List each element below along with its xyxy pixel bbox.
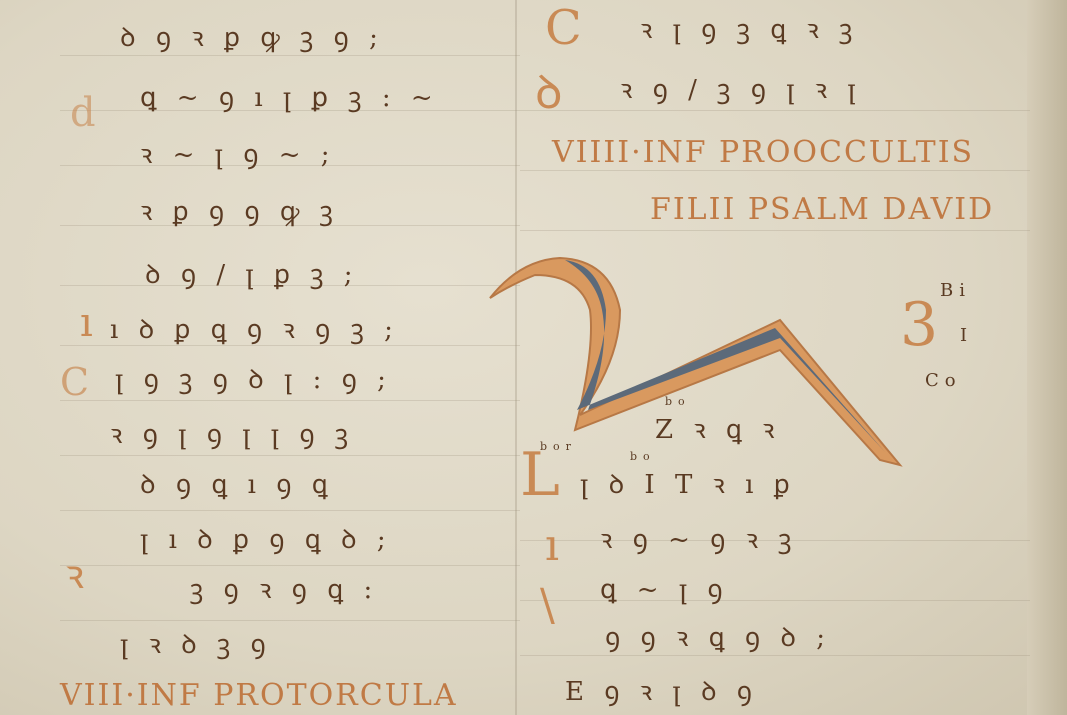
initial-mark: ı	[545, 520, 559, 571]
initial-mark: ꝛ	[65, 545, 84, 600]
initial-mark: C	[545, 0, 582, 56]
initial-mark: C	[60, 360, 89, 404]
neume-line: Z ꝛ ꝗ ꝛ	[655, 410, 781, 446]
manuscript-page: ꝺ ꝯ ꝛ ꝑ ꝙ ꝫ ꝯ ; ꝗ ~ ꝯ ı ꞁ ꝑ ꝫ : ~ ꝛ ~ ꞁ …	[0, 0, 1067, 715]
neume-line: ꝛ ꝯ ~ ꝯ ꝛ ꝫ	[600, 520, 798, 556]
initial-mark: d	[70, 90, 96, 136]
neume-line: ꝛ ꝯ / ꝫ ꝯ ꞁ ꝛ ꞁ	[620, 70, 862, 106]
neume-line: ꝺ ꝯ ꝗ ı ꝯ ꝗ	[140, 465, 334, 501]
small-label: bor	[540, 440, 577, 453]
neume-line: ꝛ ꝑ ꝯ ꝯ ꝙ ꝫ	[140, 192, 339, 228]
neume-line: ꝛ ꝯ ꞁ ꝯ ꞁ ꞁ ꝯ ꝫ	[110, 415, 354, 451]
neume-line: ꝺ ꝯ / ꞁ ꝑ ꝫ ;	[145, 255, 359, 291]
rubric-title: VIIII·INF PROOCCULTIS	[552, 135, 974, 170]
rubric-title: VIII·INF PROTORCULA	[60, 678, 458, 713]
neume-line: ꝫ ꝯ ꝛ ꝯ ꝗ :	[190, 570, 378, 606]
page-edge	[1027, 0, 1067, 715]
neume-line: E ꝯ ꝛ ꞁ ꝺ ꝯ	[565, 672, 758, 708]
neume-line: ꝯ ꝯ ꝛ ꝗ ꝯ ꝺ ;	[605, 618, 831, 654]
neume-line: ꞁ ꝯ ꝫ ꝯ ꝺ ꞁ : ꝯ ;	[115, 360, 392, 396]
neume-line: ꝺ ꝯ ꝛ ꝑ ꝙ ꝫ ꝯ ;	[120, 18, 384, 54]
neume-line: ꝛ ꞁ ꝯ ꝫ ꝗ ꝛ ꝫ	[640, 10, 858, 46]
neume-line: ꞁ ı ꝺ ꝑ ꝯ ꝗ ꝺ ;	[140, 520, 392, 556]
neume-line: ı ꝺ ꝑ ꝗ ꝯ ꝛ ꝯ ꝫ ;	[110, 310, 399, 346]
small-label: bo	[665, 395, 691, 408]
small-label: bo	[630, 450, 656, 463]
neume-line: ꞁ ꝛ ꝺ ꝫ ꝯ	[120, 625, 272, 661]
rubric-subtitle: FILII PSALM DAVID	[650, 192, 994, 227]
initial-mark: ı	[80, 300, 93, 346]
neume-line: ꞁ ꝺ I T ꝛ ı ꝑ	[580, 465, 796, 501]
neume-line: ꝗ ~ ꞁ ꝯ	[600, 570, 729, 606]
neume-line: ꝗ ~ ꝯ ı ꞁ ꝑ ꝫ : ~	[140, 78, 439, 114]
initial-mark: ꝺ	[535, 60, 563, 122]
initial-mark: \	[540, 580, 555, 631]
neume-line: ꝛ ~ ꞁ ꝯ ~ ;	[140, 135, 336, 171]
